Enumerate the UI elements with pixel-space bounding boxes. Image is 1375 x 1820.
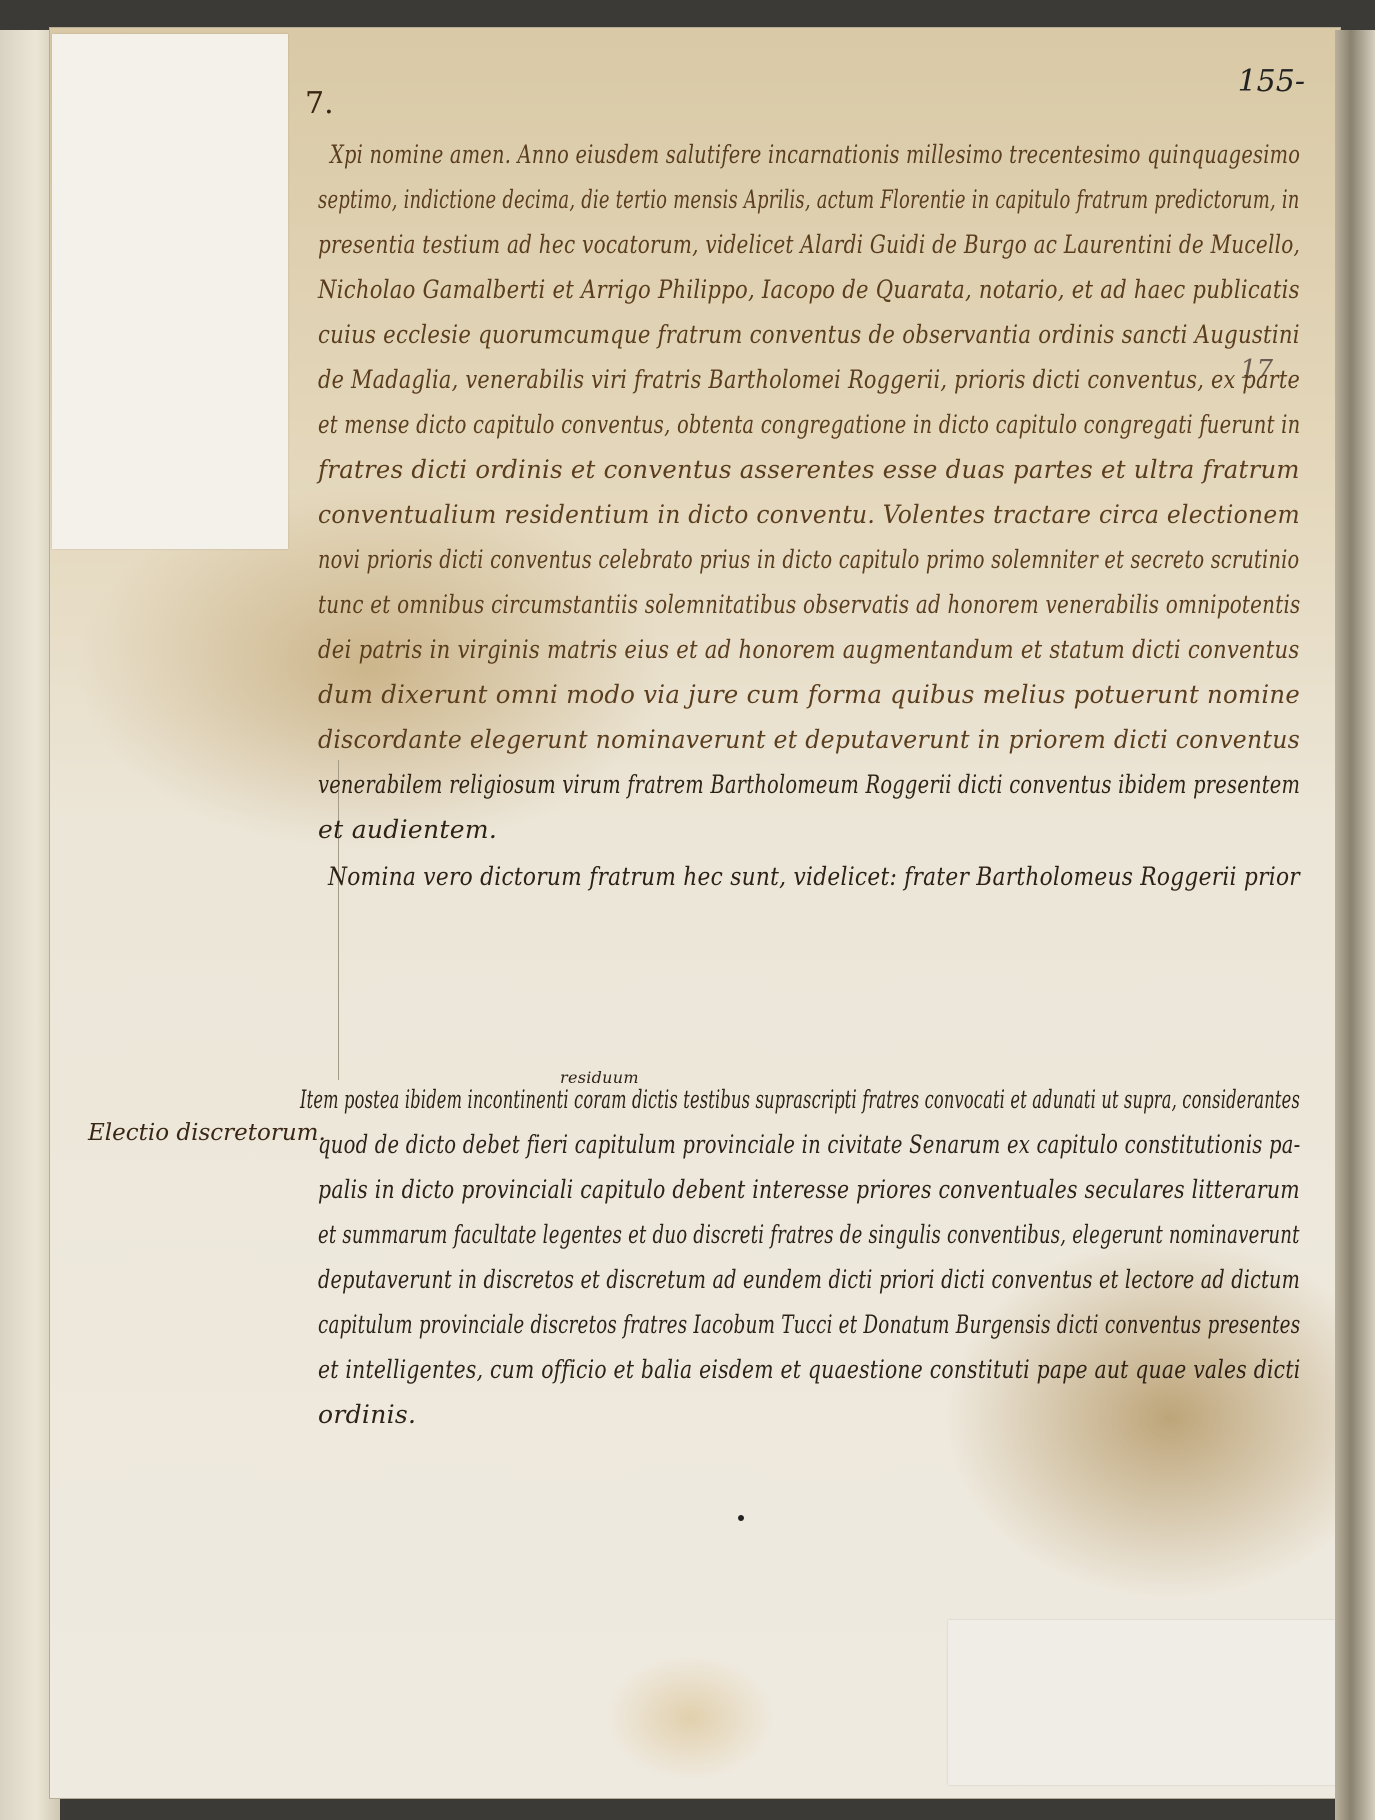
text-line: dei patris in virginis matris eius et ad… — [318, 635, 1300, 664]
text-line: venerabilem religiosum virum fratrem Bar… — [318, 770, 1300, 799]
paper-patch-top-left — [52, 34, 288, 549]
binding-right-edge — [1335, 30, 1375, 1820]
paper-patch-bottom-right — [948, 1620, 1343, 1785]
text-line: et mense dicto capitulo conventus, obten… — [318, 410, 1300, 439]
text-line: et summarum facultate legentes et duo di… — [318, 1220, 1300, 1249]
text-line: et audientem. — [318, 815, 497, 844]
text-line: ordinis. — [318, 1400, 416, 1429]
text-block-friars-names: Nomina vero dictorum fratrum hec sunt, v… — [328, 862, 1300, 891]
text-line: Item postea ibidem incontinenti coram di… — [300, 1085, 1300, 1114]
text-line: Nicholao Gamalberti et Arrigo Philippo, … — [318, 275, 1300, 304]
text-line: Xpi nomine amen. Anno eiusdem salutifere… — [330, 140, 1300, 169]
text-line: conventualium residentium in dicto conve… — [318, 500, 1300, 529]
text-line: quod de dicto debet fieri capitulum prov… — [318, 1130, 1301, 1159]
text-line: capitulum provinciale discretos fratres … — [318, 1310, 1300, 1339]
corner-mark: 7. — [305, 86, 334, 121]
text-line: discordante elegerunt nominaverunt et de… — [318, 725, 1300, 754]
margin-note: Electio discretorum. — [88, 1120, 326, 1146]
text-line: novi prioris dicti conventus celebrato p… — [318, 545, 1299, 574]
text-line: et intelligentes, cum officio et balia e… — [318, 1355, 1300, 1384]
text-line: fratres dicti ordinis et conventus asser… — [318, 455, 1300, 484]
text-line: tunc et omnibus circumstantiis solemnita… — [318, 590, 1301, 619]
text-line: de Madaglia, venerabilis viri fratris Ba… — [318, 365, 1300, 394]
ink-dot — [738, 1515, 744, 1521]
text-line: palis in dicto provinciali capitulo debe… — [318, 1175, 1300, 1204]
folio-number: 155- — [1238, 64, 1305, 99]
ruled-margin-line — [338, 760, 339, 1080]
text-line: cuius ecclesie quorumcumque fratrum conv… — [318, 320, 1300, 349]
text-line: deputaverunt in discretos et discretum a… — [318, 1265, 1300, 1294]
text-line: dum dixerunt omni modo via jure cum form… — [318, 680, 1300, 709]
text-line: presentia testium ad hec vocatorum, vide… — [318, 230, 1300, 259]
text-line: septimo, indictione decima, die tertio m… — [318, 185, 1300, 214]
